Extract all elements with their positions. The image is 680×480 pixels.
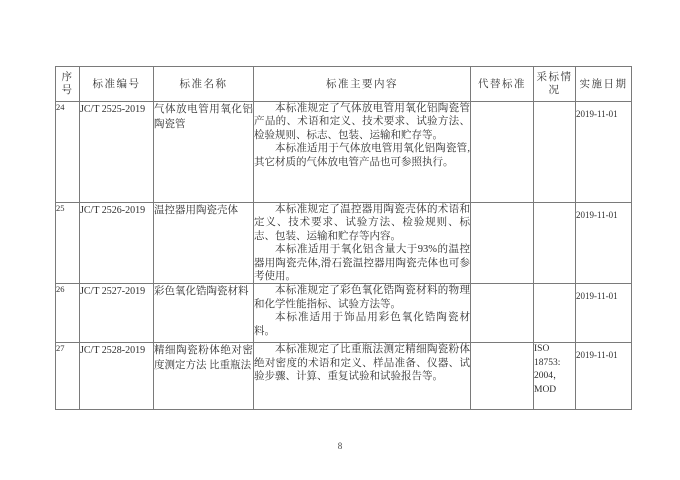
cell-implementation-date: 2019-11-01: [576, 203, 632, 284]
cell-replaced-standard: [471, 102, 534, 203]
cell-serial-no: 25: [56, 203, 80, 284]
cell-replaced-standard: [471, 203, 534, 284]
table-row: 27 JC/T 2528-2019 精细陶瓷粉体绝对密度测定方法 比重瓶法 本标…: [56, 343, 632, 410]
cell-standard-name: 彩色氧化锆陶瓷材料: [154, 284, 254, 343]
cell-implementation-date: 2019-11-01: [576, 102, 632, 203]
col-header-standard-name: 标准名称: [154, 67, 254, 102]
cell-standard-code: JC/T 2527-2019: [80, 284, 154, 343]
col-header-replaced-standard: 代替标准: [471, 67, 534, 102]
content-paragraph: 本标准规定了比重瓶法测定精细陶瓷粉体绝对密度的术语和定义、样品准备、仪器、试验步…: [254, 343, 470, 383]
cell-serial-no: 24: [56, 102, 80, 203]
col-header-standard-code: 标准编号: [80, 67, 154, 102]
cell-serial-no: 27: [56, 343, 80, 410]
page-number: 8: [0, 441, 680, 451]
table-row: 25 JC/T 2526-2019 温控器用陶瓷壳体 本标准规定了温控器用陶瓷壳…: [56, 203, 632, 284]
col-header-adoption-status: 采标情况: [534, 67, 576, 102]
table-header-row: 序号 标准编号 标准名称 标准主要内容 代替标准 采标情况 实施日期: [56, 67, 632, 102]
cell-standard-code: JC/T 2526-2019: [80, 203, 154, 284]
content-paragraph: 本标准适用于氧化铝含量大于93%的温控器用陶瓷壳体,滑石瓷温控器用陶瓷壳体也可参…: [254, 243, 470, 283]
content-paragraph: 本标准规定了温控器用陶瓷壳体的术语和定义、技术要求、试验方法、检验规则、标志、包…: [254, 203, 470, 243]
cell-main-content: 本标准规定了温控器用陶瓷壳体的术语和定义、技术要求、试验方法、检验规则、标志、包…: [254, 203, 471, 284]
cell-implementation-date: 2019-11-01: [576, 284, 632, 343]
standards-table: 序号 标准编号 标准名称 标准主要内容 代替标准 采标情况 实施日期 24 JC…: [55, 66, 632, 410]
content-paragraph: 本标准适用于气体放电管用氧化铝陶瓷管,其它材质的气体放电管产品也可参照执行。: [254, 142, 470, 169]
content-paragraph: 本标准规定了彩色氧化锆陶瓷材料的物理和化学性能指标、试验方法等。: [254, 284, 470, 311]
content-paragraph: 本标准适用于饰品用彩色氧化锆陶瓷材料。: [254, 311, 470, 338]
cell-replaced-standard: [471, 284, 534, 343]
document-page: 序号 标准编号 标准名称 标准主要内容 代替标准 采标情况 实施日期 24 JC…: [0, 0, 680, 480]
cell-adoption-status: ISO 18753: 2004， MOD: [534, 343, 576, 410]
table-row: 26 JC/T 2527-2019 彩色氧化锆陶瓷材料 本标准规定了彩色氧化锆陶…: [56, 284, 632, 343]
cell-standard-name: 温控器用陶瓷壳体: [154, 203, 254, 284]
cell-main-content: 本标准规定了气体放电管用氧化铝陶瓷管产品的、术语和定义、技术要求、试验方法、检验…: [254, 102, 471, 203]
table-row: 24 JC/T 2525-2019 气体放电管用氧化铝陶瓷管 本标准规定了气体放…: [56, 102, 632, 203]
cell-adoption-status: [534, 203, 576, 284]
cell-standard-code: JC/T 2525-2019: [80, 102, 154, 203]
cell-adoption-status: [534, 284, 576, 343]
cell-main-content: 本标准规定了彩色氧化锆陶瓷材料的物理和化学性能指标、试验方法等。 本标准适用于饰…: [254, 284, 471, 343]
col-header-implementation-date: 实施日期: [576, 67, 632, 102]
cell-replaced-standard: [471, 343, 534, 410]
content-paragraph: 本标准规定了气体放电管用氧化铝陶瓷管产品的、术语和定义、技术要求、试验方法、检验…: [254, 102, 470, 142]
cell-serial-no: 26: [56, 284, 80, 343]
cell-standard-name: 精细陶瓷粉体绝对密度测定方法 比重瓶法: [154, 343, 254, 410]
col-header-main-content: 标准主要内容: [254, 67, 471, 102]
cell-adoption-status: [534, 102, 576, 203]
cell-main-content: 本标准规定了比重瓶法测定精细陶瓷粉体绝对密度的术语和定义、样品准备、仪器、试验步…: [254, 343, 471, 410]
col-header-serial-no: 序号: [56, 67, 80, 102]
cell-standard-code: JC/T 2528-2019: [80, 343, 154, 410]
cell-implementation-date: 2019-11-01: [576, 343, 632, 410]
cell-standard-name: 气体放电管用氧化铝陶瓷管: [154, 102, 254, 203]
